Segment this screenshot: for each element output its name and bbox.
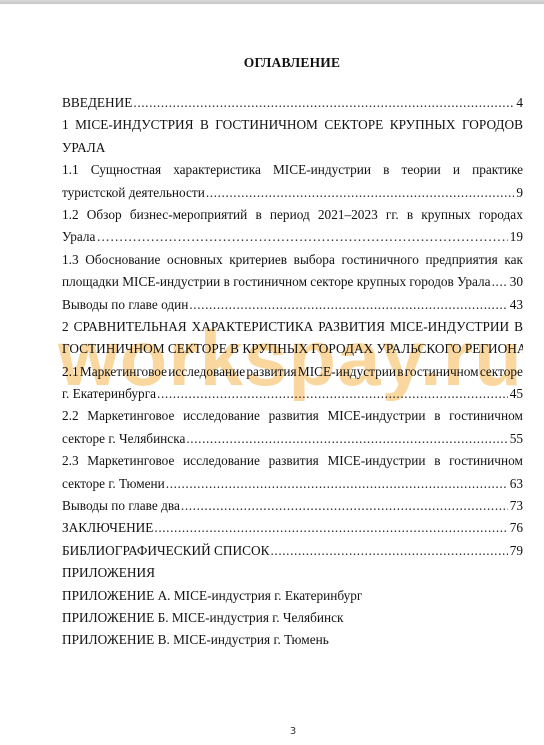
toc-entry-appendix-b[interactable]: ПРИЛОЖЕНИЕ Б. MICE-индустрия г. Челябинс…	[62, 607, 523, 629]
toc-entry-text: Урала	[62, 226, 96, 248]
page-number: 3	[0, 726, 544, 737]
dot-leader	[157, 383, 508, 405]
toc-entry-section-1-1[interactable]: 1.1СущностнаяхарактеристикаMICE-индустри…	[62, 159, 523, 204]
toc-entry-text: Выводы по главе два	[62, 495, 181, 517]
toc-entry-text: туристской деятельности	[62, 182, 206, 204]
toc-line: 1.3Обоснованиеосновныхкритериеввыборагос…	[62, 249, 523, 271]
toc-entry-chapter-2[interactable]: 2СРАВНИТЕЛЬНАЯХАРАКТЕРИСТИКАРАЗВИТИЯMICE…	[62, 316, 523, 361]
toc-page-number: 76	[508, 517, 523, 539]
dot-leader	[492, 271, 508, 293]
toc-line: УРАЛА	[62, 137, 523, 159]
toc-page-number: 45	[508, 383, 523, 405]
toc-line: секторе г. Челябинска55	[62, 428, 523, 450]
toc-entry-text: ЗАКЛЮЧЕНИЕ	[62, 517, 154, 539]
toc-line: 2.3МаркетинговоеисследованиеразвитияMICE…	[62, 450, 523, 472]
toc-entry-appendix-a[interactable]: ПРИЛОЖЕНИЕ А. MICE-индустрия г. Екатерин…	[62, 585, 523, 607]
toc-page-number: 43	[508, 294, 523, 316]
toc-page-number: 4	[514, 92, 523, 114]
toc-line: площадки MICE-индустрии в гостиничном се…	[62, 271, 523, 293]
toc-line: ПРИЛОЖЕНИЕ Б. MICE-индустрия г. Челябинс…	[62, 607, 523, 629]
toc-line: г. Екатеринбурга45	[62, 383, 523, 405]
viewer-top-edge	[0, 0, 544, 4]
page-title: ОГЛАВЛЕНИЕ	[0, 55, 544, 71]
toc-entry-section-2-3[interactable]: 2.3МаркетинговоеисследованиеразвитияMICE…	[62, 450, 523, 495]
toc-entry-conclusions-1[interactable]: Выводы по главе один43	[62, 294, 523, 316]
dot-leader	[166, 473, 508, 495]
dot-leader	[154, 517, 507, 539]
toc-line: ПРИЛОЖЕНИЯ	[62, 562, 523, 584]
toc-line: ПРИЛОЖЕНИЕ В. MICE-индустрия г. Тюмень	[62, 629, 523, 651]
toc-entry-text: Выводы по главе один	[62, 294, 189, 316]
toc-line: 1MICE-ИНДУСТРИЯВГОСТИНИЧНОМСЕКТОРЕКРУПНЫ…	[62, 114, 523, 136]
toc-line: ЗАКЛЮЧЕНИЕ76	[62, 517, 523, 539]
table-of-contents: ВВЕДЕНИЕ41MICE-ИНДУСТРИЯВГОСТИНИЧНОМСЕКТ…	[62, 92, 523, 652]
toc-line: 2.2МаркетинговоеисследованиеразвитияMICE…	[62, 405, 523, 427]
toc-entry-introduction[interactable]: ВВЕДЕНИЕ4	[62, 92, 523, 114]
toc-page-number: 19	[508, 226, 523, 248]
toc-entry-conclusion[interactable]: ЗАКЛЮЧЕНИЕ76	[62, 517, 523, 539]
toc-page-number: 55	[508, 428, 523, 450]
dot-leader	[270, 540, 507, 562]
toc-line: секторе г. Тюмени63	[62, 473, 523, 495]
toc-page-number: 73	[508, 495, 523, 517]
toc-entry-text: секторе г. Тюмени	[62, 473, 166, 495]
dot-leader	[133, 92, 514, 114]
toc-entry-text: БИБЛИОГРАФИЧЕСКИЙ СПИСОК	[62, 540, 270, 562]
toc-line: 2СРАВНИТЕЛЬНАЯХАРАКТЕРИСТИКАРАЗВИТИЯMICE…	[62, 316, 523, 338]
toc-page-number: 63	[508, 473, 523, 495]
dot-leader	[181, 495, 508, 517]
toc-entry-text: ВВЕДЕНИЕ	[62, 92, 133, 114]
toc-line: БИБЛИОГРАФИЧЕСКИЙ СПИСОК79	[62, 540, 523, 562]
toc-line: ГОСТИНИЧНОМ СЕКТОРЕ В КРУПНЫХ ГОРОДАХ УР…	[62, 338, 523, 360]
toc-page-number: 30	[508, 271, 523, 293]
toc-entry-section-2-1[interactable]: 2.1МаркетинговоеисследованиеразвитияMICE…	[62, 361, 523, 406]
toc-page-number: 79	[508, 540, 523, 562]
toc-line: туристской деятельности9	[62, 182, 523, 204]
toc-entry-text: г. Екатеринбурга	[62, 383, 157, 405]
toc-entry-conclusions-2[interactable]: Выводы по главе два73	[62, 495, 523, 517]
toc-entry-section-1-2[interactable]: 1.2Обзорбизнес-мероприятийвпериод2021–20…	[62, 204, 523, 249]
dot-leader	[189, 294, 507, 316]
toc-entry-section-2-2[interactable]: 2.2МаркетинговоеисследованиеразвитияMICE…	[62, 405, 523, 450]
toc-entry-chapter-1[interactable]: 1MICE-ИНДУСТРИЯВГОСТИНИЧНОМСЕКТОРЕКРУПНЫ…	[62, 114, 523, 159]
toc-line: 2.1МаркетинговоеисследованиеразвитияMICE…	[62, 361, 523, 383]
toc-line: ПРИЛОЖЕНИЕ А. MICE-индустрия г. Екатерин…	[62, 585, 523, 607]
toc-entry-appendix-v[interactable]: ПРИЛОЖЕНИЕ В. MICE-индустрия г. Тюмень	[62, 629, 523, 651]
toc-page-number: 9	[514, 182, 523, 204]
toc-line: Выводы по главе два73	[62, 495, 523, 517]
toc-line: 1.2Обзорбизнес-мероприятийвпериод2021–20…	[62, 204, 523, 226]
toc-line: Выводы по главе один43	[62, 294, 523, 316]
dot-leader	[186, 428, 507, 450]
toc-line: Урала19	[62, 226, 523, 248]
toc-line: ВВЕДЕНИЕ4	[62, 92, 523, 114]
toc-entry-text: площадки MICE-индустрии в гостиничном се…	[62, 271, 492, 293]
toc-entry-bibliography[interactable]: БИБЛИОГРАФИЧЕСКИЙ СПИСОК79	[62, 540, 523, 562]
dot-leader	[96, 226, 507, 248]
toc-entry-section-1-3[interactable]: 1.3Обоснованиеосновныхкритериеввыборагос…	[62, 249, 523, 294]
toc-entry-text: секторе г. Челябинска	[62, 428, 186, 450]
toc-line: 1.1СущностнаяхарактеристикаMICE-индустри…	[62, 159, 523, 181]
dot-leader	[206, 182, 515, 204]
toc-entry-appendices[interactable]: ПРИЛОЖЕНИЯ	[62, 562, 523, 584]
